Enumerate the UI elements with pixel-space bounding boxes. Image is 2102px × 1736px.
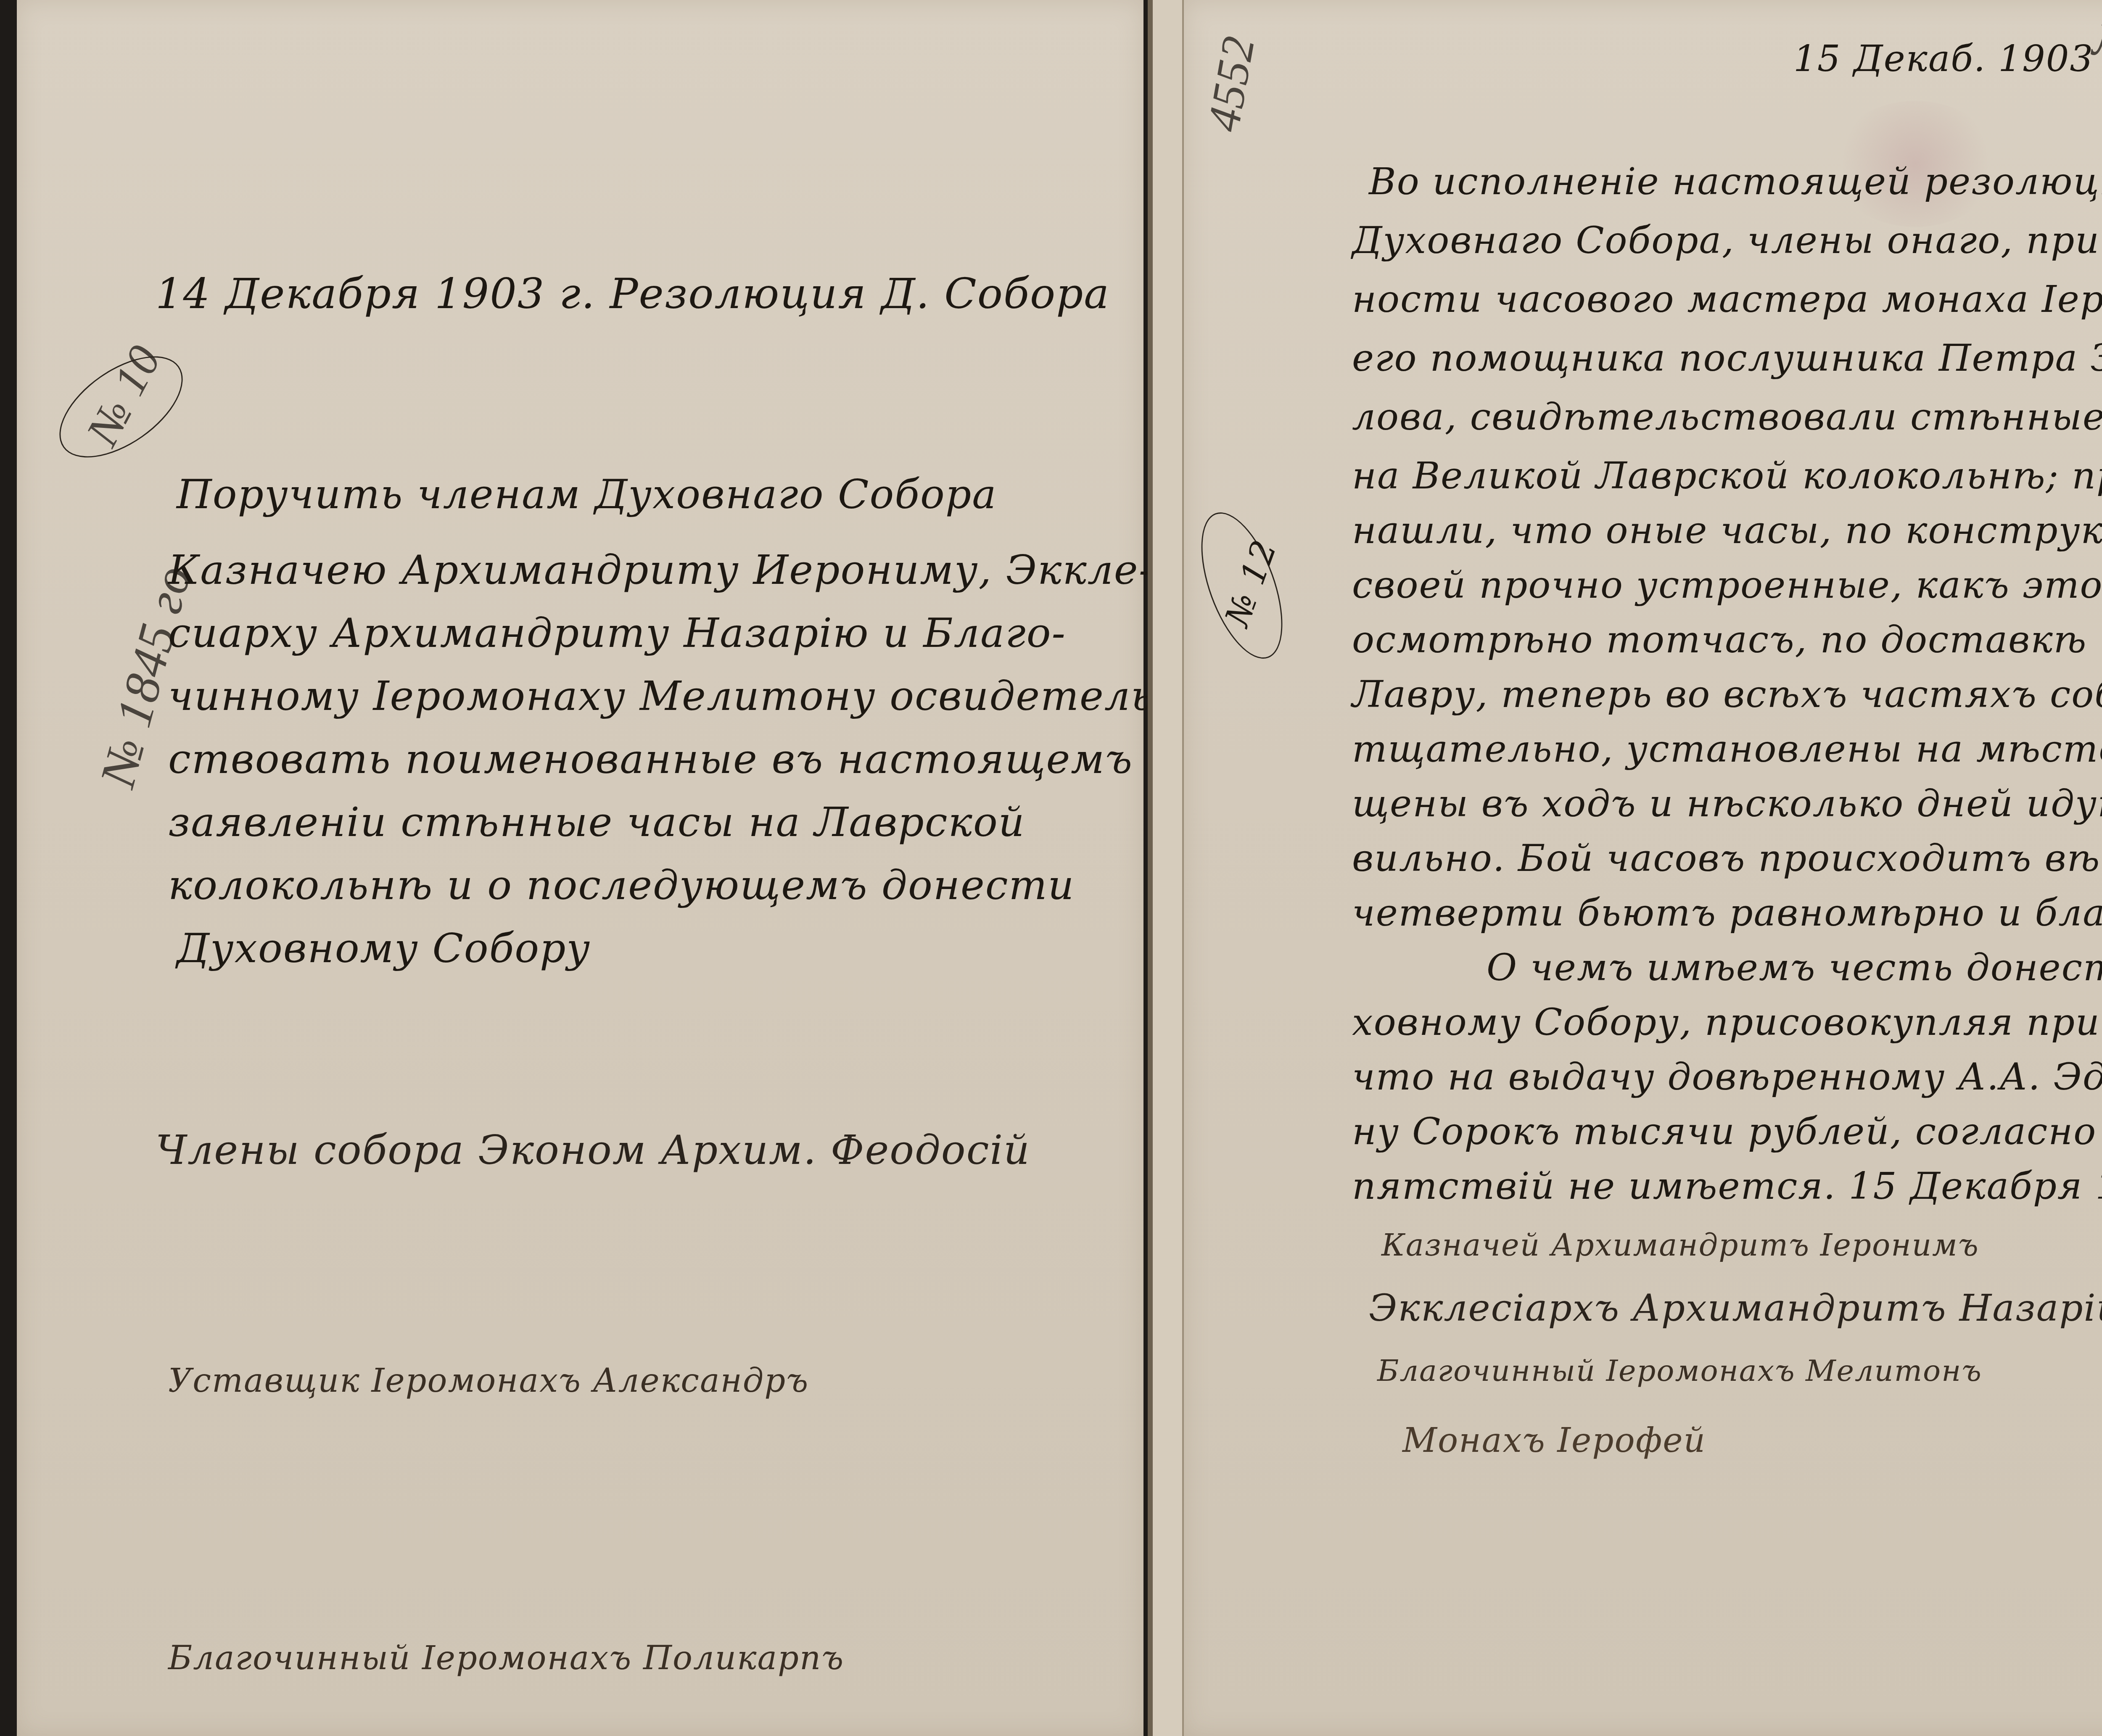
body-line: ховному Собору, присовокупляя при этомъ, bbox=[1352, 1000, 2102, 1044]
body-line: ствовать поименованные въ настоящемъ bbox=[168, 736, 1133, 783]
signature-ustavshchik: Уставщик Іеромонахъ Александръ bbox=[168, 1362, 809, 1400]
signature-monakh: Монахъ Іерофей bbox=[1402, 1421, 1706, 1460]
sheet-number: Л. 58 bbox=[2092, 13, 2102, 66]
body-line: осмотрѣно тотчасъ, по доставкѣ ихъ въ bbox=[1352, 618, 2102, 661]
body-line: нашли, что оные часы, по конструкціи bbox=[1352, 509, 2102, 552]
body-line: щены въ ходъ и нѣсколько дней идутъ пра- bbox=[1352, 782, 2102, 825]
body-line: колокольнѣ и о последующемъ донести bbox=[168, 862, 1075, 909]
body-line: своей прочно устроенные, какъ это было bbox=[1352, 563, 2102, 607]
body-line: вильно. Бой часовъ происходитъ вѣрно, а bbox=[1352, 836, 2102, 880]
corner-pencil-number: 4552 bbox=[1196, 32, 1266, 135]
report-date: 15 Декаб. 1903 г. bbox=[1793, 38, 2102, 80]
body-line: ну Сорокъ тысячи рублей, согласно догово… bbox=[1352, 1110, 2102, 1153]
body-line: Духовнаго Собора, члены онаго, при быт- bbox=[1352, 219, 2102, 262]
body-line: Духовному Собору bbox=[177, 925, 591, 972]
signature-kaznachei: Казначей Архимандритъ Іеронимъ bbox=[1381, 1227, 1979, 1263]
body-line: О чемъ имѣемъ честь донести Ду- bbox=[1487, 946, 2102, 989]
body-line: Поручить членам Духовнаго Собора bbox=[177, 471, 997, 518]
signature-blagochinny: Благочинный Іеромонахъ Поликарпъ bbox=[168, 1639, 844, 1677]
body-line: заявленіи стѣнные часы на Лаврской bbox=[168, 799, 1025, 846]
body-line: ности часового мастера монаха Іерофея и bbox=[1352, 277, 2102, 321]
signature-econom: Члены собора Эконом Архим. Феодосій bbox=[156, 1127, 1030, 1174]
body-line: что на выдачу довѣренному А.А. Эдлина Іо… bbox=[1352, 1055, 2102, 1098]
left-page: № 10 № 1845 го 14 Декабря 1903 г. Резолю… bbox=[17, 0, 1143, 1736]
signature-blagochinny: Благочинный Іеромонахъ Мелитонъ bbox=[1377, 1353, 1982, 1388]
body-line: Лавру, теперь во всѣхъ частяхъ собраны bbox=[1352, 673, 2102, 716]
body-line: Во исполненіе настоящей резолюціи bbox=[1369, 160, 2102, 203]
body-line: четверти бьютъ равномѣрно и благозвучно. bbox=[1352, 891, 2102, 934]
body-line: ловa, свидѣтельствовали стѣнные часы bbox=[1352, 395, 2102, 438]
resolution-heading: 14 Декабря 1903 г. Резолюция Д. Собора bbox=[156, 269, 1110, 318]
body-line: на Великой Лаврской колокольнѣ; причемъ bbox=[1352, 454, 2102, 497]
body-line: его помощника послушника Петра Завири- bbox=[1352, 336, 2102, 380]
body-line: пятствій не имѣется. 15 Декабря 1903 год… bbox=[1352, 1164, 2102, 1208]
body-line: сиарху Архимандриту Назарію и Благо- bbox=[168, 609, 1066, 657]
body-line: чинному Іеромонаху Мелитону освидетель- bbox=[168, 673, 1168, 720]
right-page: 4552 15 Декаб. 1903 г. Л. 58 № 12 Во исп… bbox=[1182, 0, 2102, 1736]
body-line: тщательно, установлены на мѣсто, пу- bbox=[1352, 727, 2102, 770]
page-gutter bbox=[1148, 0, 1186, 1736]
body-line: Казначею Архимандриту Иерониму, Экк­ле- bbox=[168, 546, 1153, 594]
signature-ekklesiarkh: Экклесіархъ Архимандритъ Назарій bbox=[1369, 1286, 2102, 1330]
